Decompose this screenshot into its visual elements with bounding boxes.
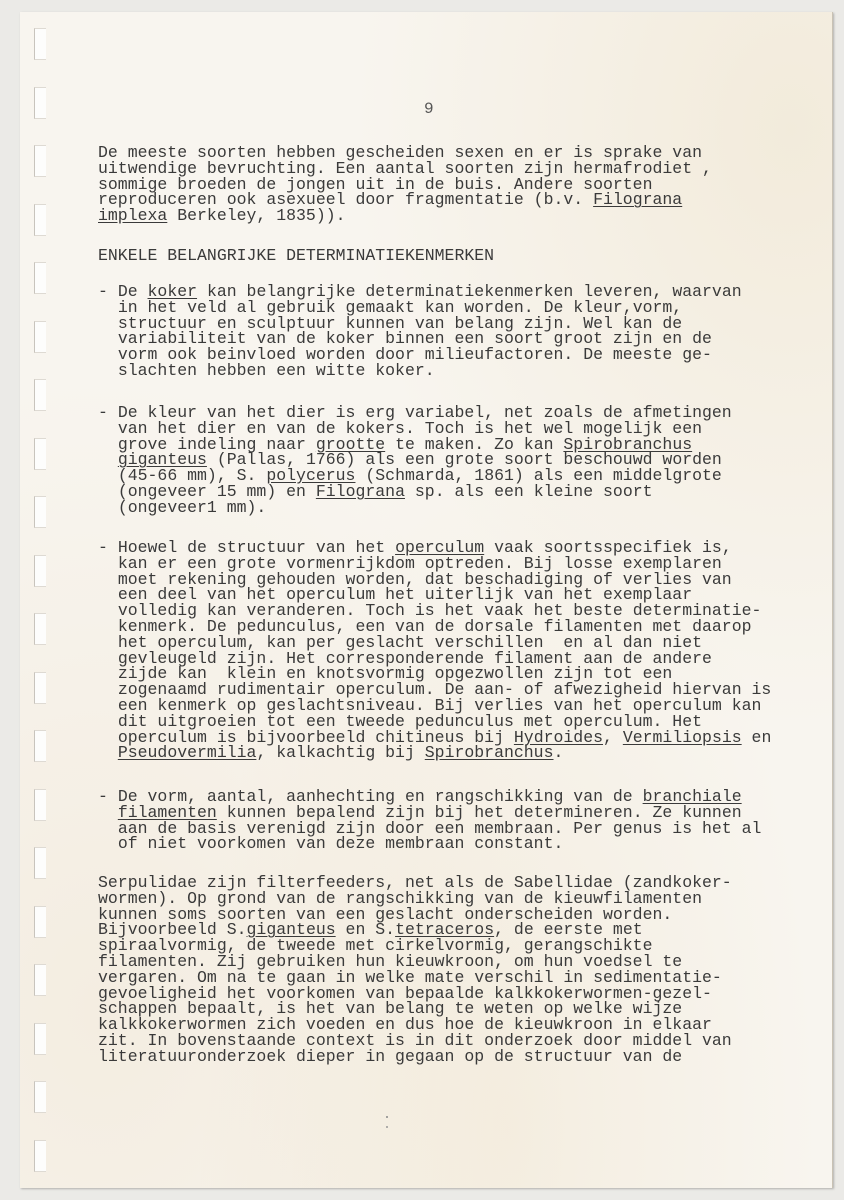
binding-hole (34, 438, 46, 470)
closing-paragraph: Serpulidae zijn filterfeeders, net als d… (98, 875, 732, 1065)
text-run: , kalkachtig bij (256, 743, 424, 762)
indent (98, 498, 118, 517)
binding-hole (34, 87, 46, 119)
text-run: . (554, 743, 564, 762)
binding-hole (34, 204, 46, 236)
text-line: slachten hebben een witte koker. (98, 363, 742, 379)
bullet-koker: - De koker kan belangrijke determinatiek… (98, 284, 742, 379)
binding-hole (34, 672, 46, 704)
underlined-term: Filograna (593, 190, 682, 209)
binding-hole (34, 321, 46, 353)
text-line: literatuuronderzoek dieper in gegaan op … (98, 1049, 732, 1065)
stray-mark (386, 1116, 388, 1118)
bullet-operculum: - Hoewel de structuur van het operculum … (98, 540, 771, 761)
text-run: sp. als een kleine soort (405, 482, 653, 501)
indent (98, 834, 118, 853)
underlined-term: Vermiliopsis (623, 728, 742, 747)
binding-hole (34, 555, 46, 587)
binding-hole (34, 789, 46, 821)
text-run: slachten hebben een witte koker. (118, 361, 435, 380)
text-run: literatuuronderzoek dieper in gegaan op … (98, 1047, 682, 1066)
intro-paragraph: De meeste soorten hebben gescheiden sexe… (98, 145, 712, 224)
page-content: De meeste soorten hebben gescheiden sexe… (98, 12, 818, 202)
text-run: en (742, 728, 772, 747)
text-line: (ongeveer1 mm). (98, 500, 732, 516)
binding-hole (34, 28, 46, 60)
underlined-term: implexa (98, 206, 167, 225)
indent (98, 743, 118, 762)
binding-hole (34, 1081, 46, 1113)
binding-hole (34, 379, 46, 411)
binding-hole (34, 906, 46, 938)
underlined-term: Spirobranchus (425, 743, 554, 762)
binding-hole (34, 847, 46, 879)
binding-hole (34, 1140, 46, 1172)
binding-hole (34, 613, 46, 645)
text-line: implexa Berkeley, 1835)). (98, 208, 712, 224)
bullet-kleur: - De kleur van het dier is erg variabel,… (98, 405, 732, 516)
text-run: of niet voorkomen van deze membraan cons… (118, 834, 564, 853)
paper-page: 9 De meeste soorten hebben gescheiden se… (20, 12, 833, 1188)
bullet-branchiale-filamenten: - De vorm, aantal, aanhechting en rangsc… (98, 789, 761, 852)
binding-hole (34, 262, 46, 294)
text-run: Berkeley, 1835)). (167, 206, 345, 225)
scanned-document: 9 De meeste soorten hebben gescheiden se… (0, 0, 844, 1200)
section-heading: ENKELE BELANGRIJKE DETERMINATIEKENMERKEN (98, 248, 494, 264)
text-line: Pseudovermilia, kalkachtig bij Spirobran… (98, 745, 771, 761)
binding-hole (34, 145, 46, 177)
underlined-term: Filograna (316, 482, 405, 501)
binding-hole (34, 730, 46, 762)
indent (98, 361, 118, 380)
text-run: , (603, 728, 623, 747)
binding-hole (34, 1023, 46, 1055)
binding-hole (34, 964, 46, 996)
text-run: (ongeveer1 mm). (118, 498, 267, 517)
underlined-term: Pseudovermilia (118, 743, 257, 762)
binding-hole (34, 496, 46, 528)
stray-mark (386, 1126, 388, 1128)
text-line: of niet voorkomen van deze membraan cons… (98, 836, 761, 852)
